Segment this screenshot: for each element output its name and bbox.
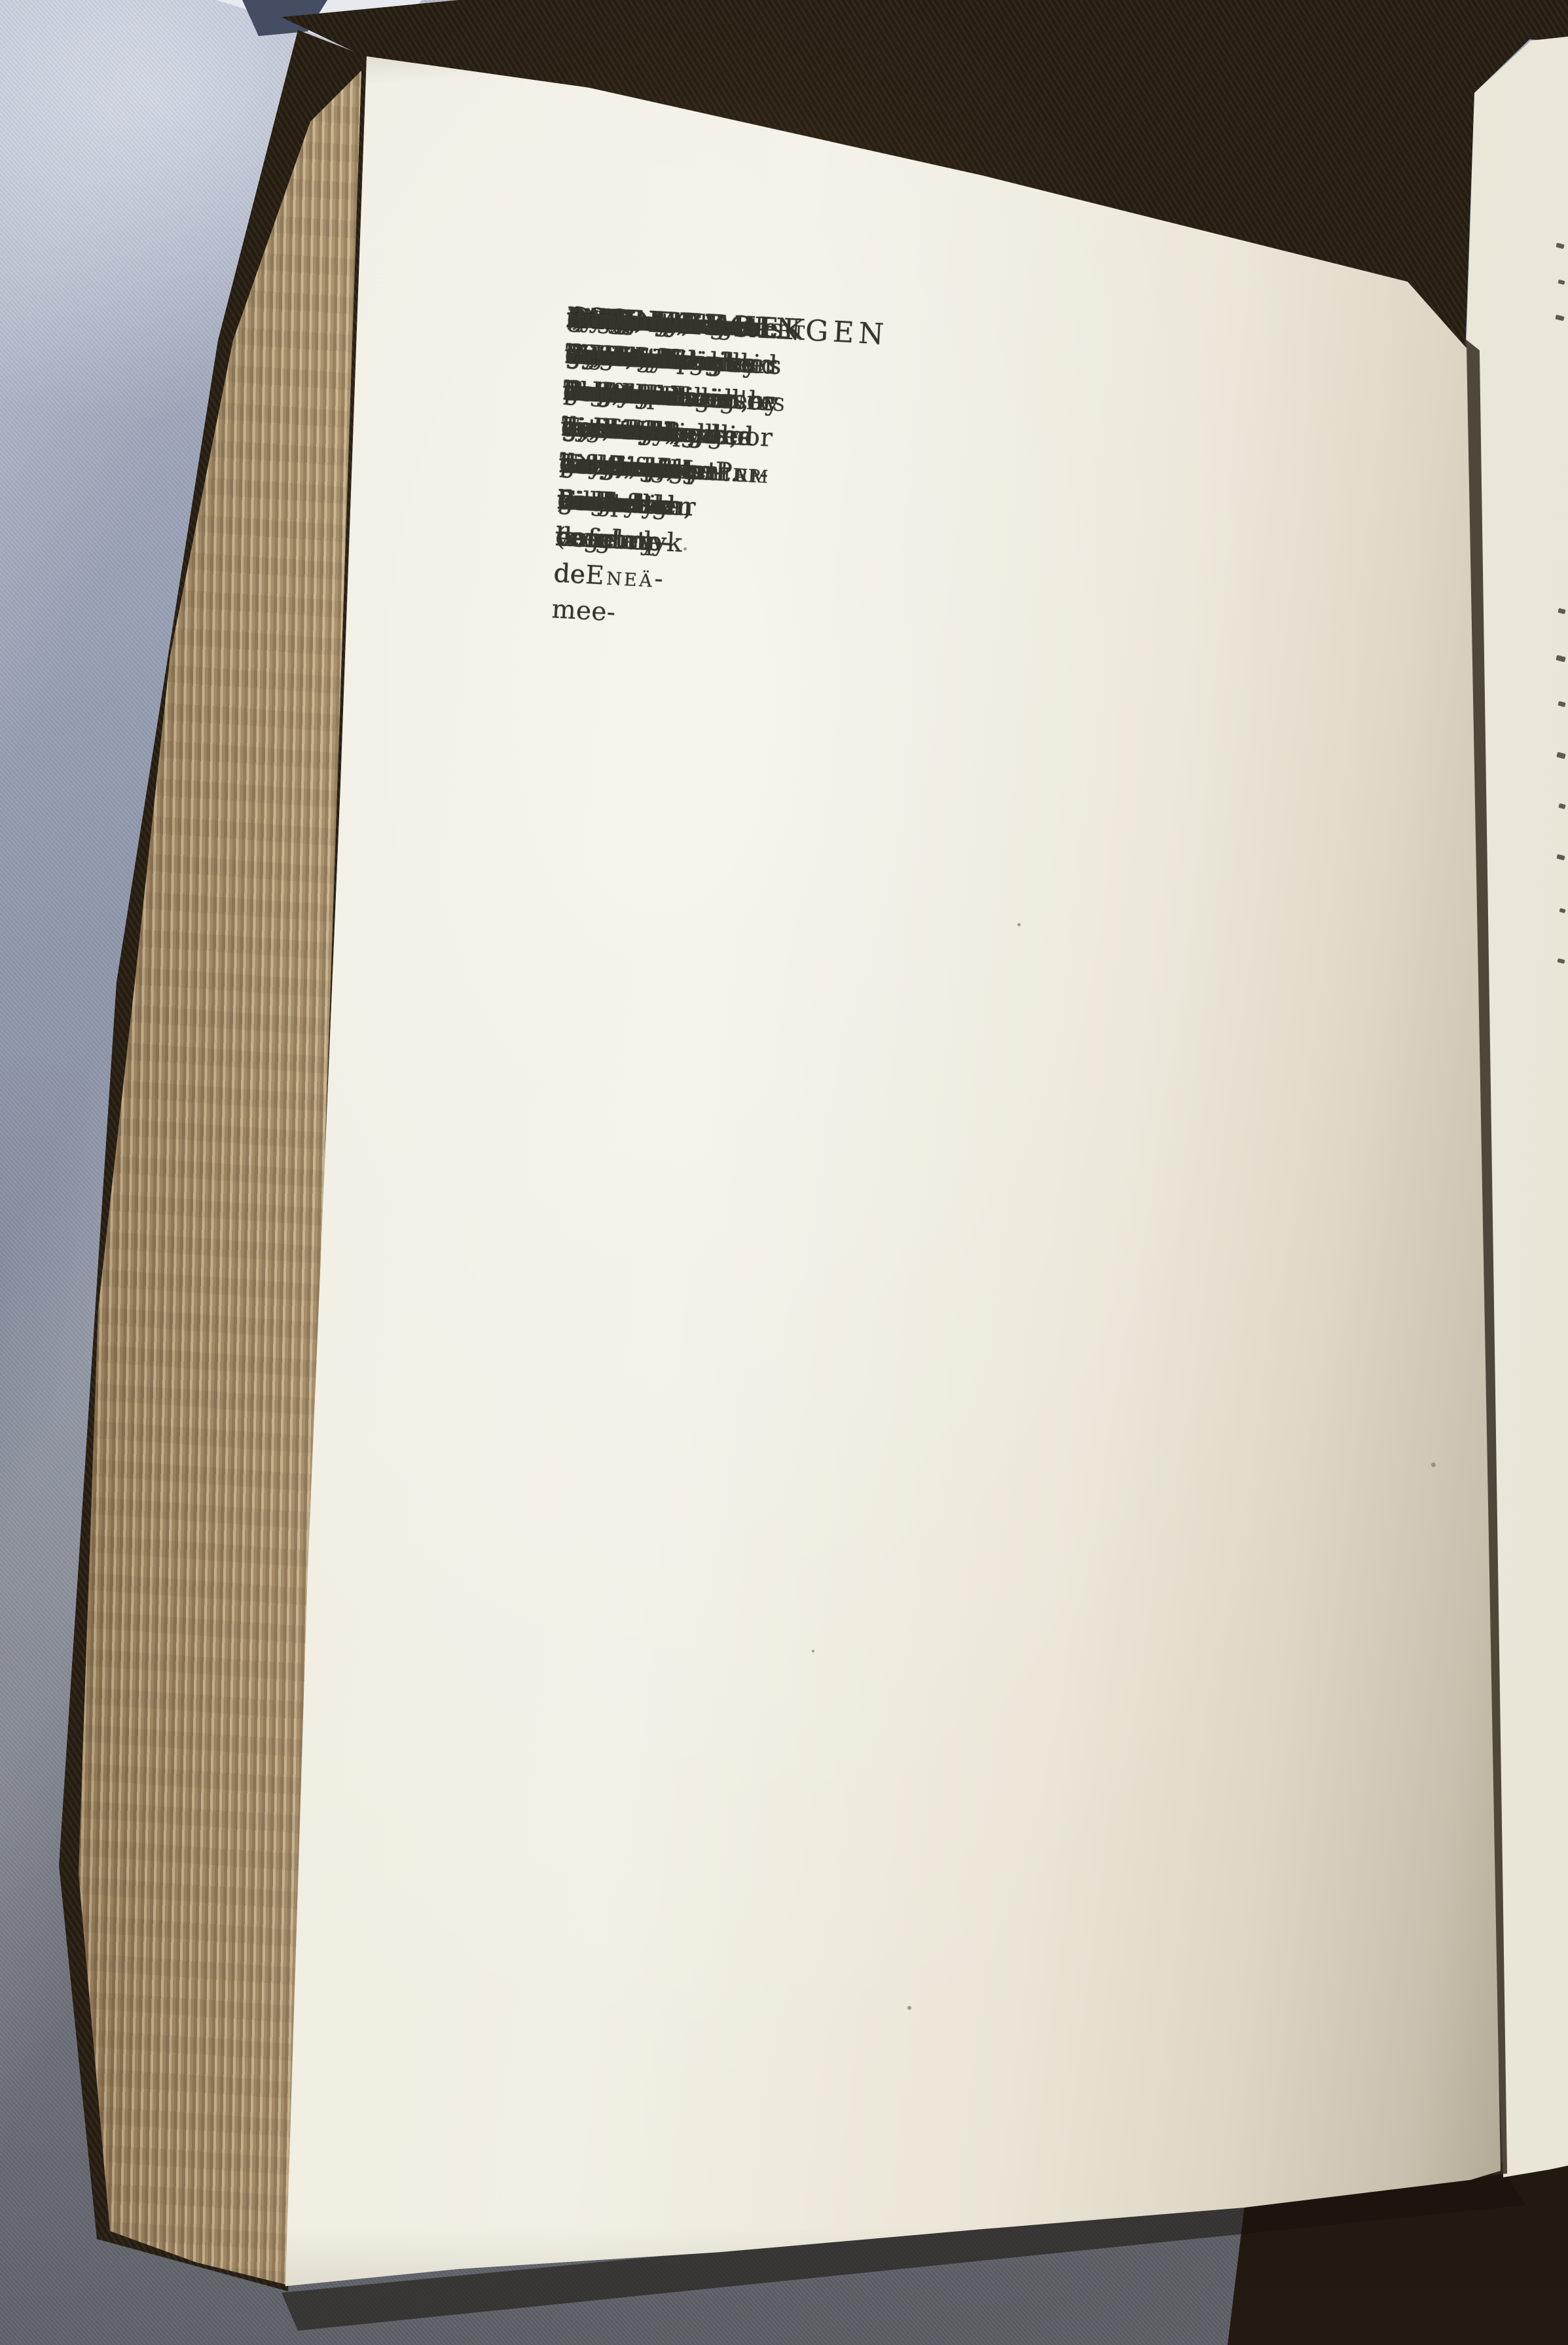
facing-page-text-fragment — [1556, 752, 1566, 759]
book-photo: 186 ONDERZOEK EN AANMERKINGEN de beſchry… — [0, 0, 1568, 2345]
facing-page-text-fragment — [1558, 803, 1565, 809]
facing-page-text-fragment — [1558, 608, 1565, 614]
facing-page-text-fragment — [1557, 958, 1565, 964]
facing-page-text-fragment — [1558, 280, 1565, 285]
paper-speck — [1017, 923, 1021, 926]
facing-page-text-fragment — [1558, 701, 1565, 707]
catchword: „ De — [564, 300, 722, 381]
facing-page-text-fragment — [1556, 854, 1565, 861]
facing-page-text-fragment — [1556, 243, 1564, 249]
facing-page-text-fragment — [1559, 908, 1565, 913]
paper-speck — [907, 2006, 911, 2010]
facing-page-text-fragment — [1556, 655, 1566, 662]
facing-page-text-fragment — [1555, 315, 1564, 321]
paper-speck — [684, 547, 687, 551]
paper-speck — [812, 1650, 814, 1652]
text-block: 186 ONDERZOEK EN AANMERKINGEN de beſchry… — [568, 300, 1397, 344]
paper-speck — [1431, 1463, 1436, 1467]
